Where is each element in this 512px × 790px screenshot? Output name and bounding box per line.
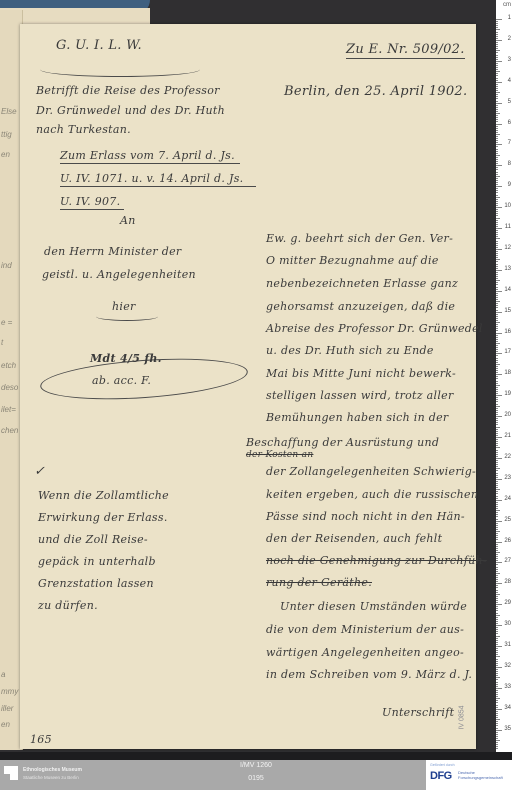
ruler-minor-tick — [496, 418, 498, 419]
ruler-minor-tick — [496, 477, 498, 478]
ruler-label: 7 — [508, 140, 511, 146]
ruler-minor-tick — [496, 310, 498, 311]
ruler-minor-tick — [496, 372, 498, 373]
ruler-minor-tick — [496, 412, 498, 413]
underline-flourish — [40, 62, 200, 77]
ruler-minor-tick — [496, 266, 498, 267]
ruler-tick — [496, 82, 502, 83]
ruler-minor-tick — [496, 96, 498, 97]
ruler-minor-tick — [496, 661, 498, 662]
ruler-minor-tick — [496, 410, 498, 411]
ruler-minor-tick — [496, 454, 498, 455]
ruler-minor-tick — [496, 690, 498, 691]
ruler-minor-tick — [496, 554, 498, 555]
ruler-label: 29 — [504, 600, 511, 606]
ruler-tick — [496, 458, 502, 459]
ruler-tick — [496, 165, 502, 166]
ruler-minor-tick — [496, 320, 498, 321]
ruler-minor-tick — [496, 401, 498, 402]
ruler-minor-tick — [496, 587, 498, 588]
ruler-minor-tick — [496, 330, 498, 331]
ruler-tick — [496, 270, 502, 271]
ruler-minor-tick — [496, 209, 498, 210]
ruler-minor-tick — [496, 393, 498, 394]
ruler-minor-tick — [496, 203, 498, 204]
ruler-minor-tick — [496, 577, 498, 578]
ruler-minor-tick — [496, 546, 498, 547]
ruler-minor-tick — [496, 527, 498, 528]
ruler-minor-tick — [496, 531, 500, 532]
ruler-minor-tick — [496, 682, 498, 683]
ruler-minor-tick — [496, 287, 498, 288]
ruler-minor-tick — [496, 347, 498, 348]
ruler-minor-tick — [496, 67, 498, 68]
left-note-line: Grenzstation lassen — [38, 577, 154, 590]
ruler-tick — [496, 542, 502, 543]
ruler-minor-tick — [496, 90, 498, 91]
ruler-minor-tick — [496, 322, 500, 323]
ruler-minor-tick — [496, 138, 498, 139]
ruler-label: 22 — [504, 454, 511, 460]
ruler-minor-tick — [496, 640, 498, 641]
ruler-minor-tick — [496, 134, 500, 135]
ruler-minor-tick — [496, 115, 498, 116]
margin-fragment: a — [1, 670, 5, 679]
ruler-tick — [496, 604, 502, 605]
ruler-minor-tick — [496, 257, 498, 258]
ruler-minor-tick — [496, 738, 498, 739]
ruler-minor-tick — [496, 21, 498, 22]
ruler-label: 11 — [505, 224, 511, 230]
ruler-minor-tick — [496, 211, 498, 212]
ruler-minor-tick — [496, 34, 498, 35]
body-line: nebenbezeichneten Erlasse ganz — [266, 277, 458, 290]
ruler-minor-tick — [496, 485, 498, 486]
ruler-minor-tick — [496, 552, 500, 553]
ruler-minor-tick — [496, 483, 498, 484]
ruler-label: 18 — [504, 370, 511, 376]
ruler-tick — [496, 186, 502, 187]
ruler-minor-tick — [496, 623, 498, 624]
ruler-minor-tick — [496, 119, 498, 120]
ruler-minor-tick — [496, 362, 498, 363]
ruler-minor-tick — [496, 23, 498, 24]
ruler-tick — [496, 437, 502, 438]
ruler-minor-tick — [496, 608, 498, 609]
ruler-minor-tick — [496, 725, 498, 726]
ruler-minor-tick — [496, 153, 498, 154]
ruler-minor-tick — [496, 431, 498, 432]
ruler-minor-tick — [496, 705, 498, 706]
ruler-tick — [496, 395, 502, 396]
ruler-minor-tick — [496, 728, 498, 729]
ruler-minor-tick — [496, 57, 498, 58]
ruler-minor-tick — [496, 366, 498, 367]
ruler-minor-tick — [496, 358, 498, 359]
ruler-label: 15 — [504, 308, 511, 314]
ruler-minor-tick — [496, 190, 498, 191]
body-line: Pässe sind noch nicht in den Hän- — [266, 510, 465, 523]
ruler-minor-tick — [496, 169, 498, 170]
ruler-label: 17 — [504, 349, 511, 355]
ruler-minor-tick — [496, 222, 498, 223]
ruler-minor-tick — [496, 441, 498, 442]
ruler-minor-tick — [496, 301, 500, 302]
ruler-label: 8 — [508, 161, 511, 167]
ruler-minor-tick — [496, 130, 498, 131]
ruler-minor-tick — [496, 151, 498, 152]
ruler-label: 16 — [504, 329, 511, 335]
ruler-tick — [496, 207, 502, 208]
ruler-minor-tick — [496, 537, 498, 538]
ruler-minor-tick — [496, 184, 498, 185]
ruler-minor-tick — [496, 510, 500, 511]
ruler-minor-tick — [496, 155, 500, 156]
ruler-minor-tick — [496, 619, 498, 620]
ruler-minor-tick — [496, 241, 498, 242]
ruler-minor-tick — [496, 514, 498, 515]
ruler-minor-tick — [496, 255, 498, 256]
ruler-minor-tick — [496, 149, 498, 150]
ruler-minor-tick — [496, 427, 500, 428]
ruler-minor-tick — [496, 299, 498, 300]
ruler-minor-tick — [496, 69, 498, 70]
ruler-label: 10 — [504, 203, 511, 209]
ruler-minor-tick — [496, 498, 498, 499]
ruler-minor-tick — [496, 364, 500, 365]
left-note-line: und die Zoll Reise- — [38, 533, 148, 546]
folio-number: 165 — [30, 733, 52, 746]
ruler-minor-tick — [496, 723, 498, 724]
ruler-label: 27 — [504, 558, 511, 564]
ruler-minor-tick — [496, 161, 498, 162]
ruler-minor-tick — [496, 289, 498, 290]
ruler-minor-tick — [496, 462, 498, 463]
ruler-minor-tick — [496, 592, 498, 593]
ruler-minor-tick — [496, 602, 498, 603]
ruler-minor-tick — [496, 303, 498, 304]
ruler-minor-tick — [496, 238, 500, 239]
ruler-minor-tick — [496, 535, 498, 536]
ruler-minor-tick — [496, 707, 498, 708]
ruler-minor-tick — [496, 360, 498, 361]
ruler-minor-tick — [496, 109, 498, 110]
ruler-minor-tick — [496, 435, 498, 436]
margin-fragment: en — [1, 150, 10, 159]
ruler-minor-tick — [496, 429, 498, 430]
ruler-minor-tick — [496, 615, 500, 616]
ruler-minor-tick — [496, 55, 498, 56]
ruler-minor-tick — [496, 245, 498, 246]
ruler-minor-tick — [496, 744, 498, 745]
oval-note-line: ab. acc. F. — [92, 374, 151, 387]
ruler-minor-tick — [496, 293, 498, 294]
ruler-minor-tick — [496, 613, 498, 614]
reference-line: Zum Erlass vom 7. April d. Js. — [60, 149, 240, 164]
ruler-minor-tick — [496, 684, 498, 685]
ruler-minor-tick — [496, 264, 498, 265]
ruler-minor-tick — [496, 65, 498, 66]
body-line: Ew. g. beehrt sich der Gen. Ver- — [266, 232, 453, 245]
ruler-minor-tick — [496, 694, 498, 695]
body-line: die von dem Ministerium der aus- — [266, 623, 464, 636]
ruler-minor-tick — [496, 274, 498, 275]
ruler-minor-tick — [496, 213, 498, 214]
ruler-minor-tick — [496, 278, 498, 279]
margin-fragment: ttig — [1, 130, 12, 139]
ruler-tick — [496, 625, 502, 626]
ruler-unit: cm — [503, 2, 511, 8]
ruler-minor-tick — [496, 261, 498, 262]
ruler-minor-tick — [496, 663, 498, 664]
ruler-minor-tick — [496, 600, 498, 601]
ruler-label: 2 — [508, 36, 511, 42]
subject-line: nach Turkestan. — [36, 123, 131, 136]
ruler-minor-tick — [496, 339, 498, 340]
ruler-minor-tick — [496, 717, 498, 718]
ruler-minor-tick — [496, 163, 498, 164]
ruler-minor-tick — [496, 679, 498, 680]
ruler-minor-tick — [496, 136, 498, 137]
footer-bar: Ethnologisches Museum Staatliche Museen … — [0, 760, 512, 790]
ruler-minor-tick — [496, 564, 498, 565]
ruler-minor-tick — [496, 25, 498, 26]
ruler-label: 30 — [504, 621, 511, 627]
ruler-minor-tick — [496, 539, 498, 540]
ruler-minor-tick — [496, 59, 498, 60]
signature: Unterschrift — [382, 706, 454, 719]
ruler-minor-tick — [496, 489, 500, 490]
ruler-minor-tick — [496, 512, 498, 513]
ruler-minor-tick — [496, 297, 498, 298]
ruler-minor-tick — [496, 253, 498, 254]
dfg-logo-icon: DFG — [430, 770, 452, 782]
ruler-minor-tick — [496, 391, 498, 392]
ruler-minor-tick — [496, 594, 500, 595]
ruler-tick — [496, 333, 502, 334]
ruler-minor-tick — [496, 84, 498, 85]
ruler-minor-tick — [496, 406, 500, 407]
ruler-label: 32 — [504, 663, 511, 669]
body-line: wärtigen Angelegenheiten angeo- — [266, 646, 464, 659]
ruler-label: 13 — [504, 266, 511, 272]
ruler-minor-tick — [496, 460, 498, 461]
ruler-minor-tick — [496, 251, 498, 252]
ruler-label: 6 — [508, 120, 511, 126]
ruler-minor-tick — [496, 560, 498, 561]
ruler-minor-tick — [496, 702, 498, 703]
ruler-minor-tick — [496, 98, 498, 99]
addressee-line: den Herrn Minister der — [44, 245, 181, 258]
ruler-minor-tick — [496, 487, 498, 488]
ruler-minor-tick — [496, 52, 498, 53]
ruler-minor-tick — [496, 236, 498, 237]
ruler-minor-tick — [496, 376, 498, 377]
ruler-minor-tick — [496, 548, 498, 549]
ruler-minor-tick — [496, 121, 498, 122]
ruler-minor-tick — [496, 732, 498, 733]
ruler-minor-tick — [496, 736, 498, 737]
ruler-minor-tick — [496, 86, 498, 87]
ruler-minor-tick — [496, 142, 498, 143]
body-line: Abreise des Professor Dr. Grünwedel — [266, 322, 483, 335]
ruler-tick — [496, 40, 502, 41]
ruler-tick — [496, 479, 502, 480]
ruler-minor-tick — [496, 234, 498, 235]
ruler-minor-tick — [496, 475, 498, 476]
ruler-tick — [496, 19, 502, 20]
ruler-minor-tick — [496, 445, 498, 446]
ruler-minor-tick — [496, 631, 498, 632]
left-note-line: Erwirkung der Erlass. — [38, 511, 168, 524]
body-line: in dem Schreiben vom 9. März d. J. — [266, 668, 472, 681]
ruler-tick — [496, 688, 502, 689]
ruler-minor-tick — [496, 159, 498, 160]
reference-line: U. IV. 1071. u. v. 14. April d. Js. — [60, 172, 256, 187]
ruler-label: 21 — [504, 433, 511, 439]
ruler-minor-tick — [496, 508, 498, 509]
ruler-minor-tick — [496, 675, 498, 676]
ruler-minor-tick — [496, 387, 498, 388]
ruler-label: 14 — [504, 287, 511, 293]
ruler-minor-tick — [496, 126, 498, 127]
ruler-minor-tick — [496, 581, 498, 582]
ruler-minor-tick — [496, 506, 498, 507]
ruler-minor-tick — [496, 38, 498, 39]
ruler-minor-tick — [496, 318, 498, 319]
ruler-minor-tick — [496, 27, 498, 28]
left-note-line: gepäck in unterhalb — [38, 555, 156, 568]
ruler-minor-tick — [496, 610, 498, 611]
ruler-minor-tick — [496, 351, 498, 352]
ruler-label: 12 — [504, 245, 511, 251]
ruler-label: 34 — [504, 705, 511, 711]
ruler-minor-tick — [496, 397, 498, 398]
ruler-tick — [496, 61, 502, 62]
ruler-minor-tick — [496, 504, 498, 505]
margin-fragment: etch — [1, 361, 16, 370]
ruler-minor-tick — [496, 282, 498, 283]
body-line: u. des Dr. Huth sich zu Ende — [266, 344, 434, 357]
ruler-minor-tick — [496, 404, 498, 405]
ruler-minor-tick — [496, 50, 500, 51]
ruler-minor-tick — [496, 575, 498, 576]
ruler-minor-tick — [496, 343, 500, 344]
flourish — [96, 312, 158, 321]
ruler-minor-tick — [496, 734, 498, 735]
ruler-minor-tick — [496, 644, 498, 645]
ruler-minor-tick — [496, 29, 500, 30]
body-line: stelligen lassen wird, trotz aller — [266, 389, 454, 402]
ruler-minor-tick — [496, 529, 498, 530]
body-line: Beschaffung der Ausrüstung und — [246, 436, 439, 449]
letter-page: G. U. I. L. W. Betrifft die Reise des Pr… — [20, 24, 476, 749]
ruler-minor-tick — [496, 659, 498, 660]
ruler-minor-tick — [496, 220, 498, 221]
ruler-minor-tick — [496, 466, 498, 467]
body-line: den der Reisenden, auch fehlt — [266, 532, 442, 545]
ruler-minor-tick — [496, 633, 498, 634]
ruler-minor-tick — [496, 180, 498, 181]
ruler-minor-tick — [496, 326, 498, 327]
ruler-tick — [496, 646, 502, 647]
ruler-minor-tick — [496, 378, 498, 379]
margin-fragment: Else — [1, 107, 17, 116]
ruler-minor-tick — [496, 88, 498, 89]
ruler-minor-tick — [496, 468, 500, 469]
dfg-logo-block: Gefördert durch DFG Deutsche Forschungsg… — [426, 760, 512, 790]
body-line: gehorsamst anzuzeigen, daß die — [266, 300, 455, 313]
ruler-label: 25 — [504, 517, 511, 523]
ruler-label: 3 — [508, 57, 511, 63]
ruler-minor-tick — [496, 447, 500, 448]
ruler-minor-tick — [496, 519, 498, 520]
ruler-minor-tick — [496, 32, 498, 33]
body-line-struck: noch die Genehmigung zur Durchfüh- — [266, 554, 487, 567]
stamp-number: IV 0854 — [459, 705, 466, 729]
ruler-minor-tick — [496, 665, 498, 666]
margin-fragment: iller — [1, 704, 13, 713]
ruler-minor-tick — [496, 408, 498, 409]
body-line: O mitter Bezugnahme auf die — [266, 254, 439, 267]
ruler-minor-tick — [496, 113, 500, 114]
measurement-ruler: cm 1234567891011121314151617181920212223… — [496, 0, 512, 752]
ruler-minor-tick — [496, 525, 498, 526]
ruler-minor-tick — [496, 433, 498, 434]
left-note-line: zu dürfen. — [38, 599, 98, 612]
ruler-minor-tick — [496, 464, 498, 465]
ruler-minor-tick — [496, 176, 500, 177]
ruler-minor-tick — [496, 443, 498, 444]
ruler-minor-tick — [496, 748, 498, 749]
ruler-minor-tick — [496, 627, 498, 628]
margin-fragment: chen — [1, 426, 18, 435]
ruler-minor-tick — [496, 226, 498, 227]
ruler-minor-tick — [496, 259, 500, 260]
check-mark: ✓ — [34, 464, 45, 479]
ruler-minor-tick — [496, 218, 500, 219]
ruler-label: 28 — [504, 579, 511, 585]
ruler-tick — [496, 562, 502, 563]
ruler-tick — [496, 730, 502, 731]
ruler-tick — [496, 291, 502, 292]
file-reference-left: G. U. I. L. W. — [56, 38, 142, 53]
ruler-minor-tick — [496, 654, 498, 655]
ruler-minor-tick — [496, 335, 498, 336]
ruler-minor-tick — [496, 567, 498, 568]
ruler-minor-tick — [496, 502, 498, 503]
ruler-minor-tick — [496, 201, 498, 202]
ruler-minor-tick — [496, 648, 498, 649]
ruler-minor-tick — [496, 598, 498, 599]
ruler-minor-tick — [496, 92, 500, 93]
ruler-minor-tick — [496, 345, 498, 346]
document-scan: Else ttig en ind e = t etch deso ilet= c… — [0, 0, 512, 752]
ruler-minor-tick — [496, 621, 498, 622]
ruler-minor-tick — [496, 533, 498, 534]
body-line: Bemühungen haben sich in der — [266, 411, 448, 424]
scan-bottom-edge — [0, 752, 512, 760]
margin-fragment: en — [1, 720, 10, 729]
ruler-minor-tick — [496, 673, 498, 674]
ruler-minor-tick — [496, 78, 498, 79]
ruler-minor-tick — [496, 590, 498, 591]
ruler-minor-tick — [496, 638, 498, 639]
ruler-minor-tick — [496, 719, 500, 720]
ruler-minor-tick — [496, 314, 498, 315]
ruler-minor-tick — [496, 182, 498, 183]
ruler-minor-tick — [496, 569, 498, 570]
